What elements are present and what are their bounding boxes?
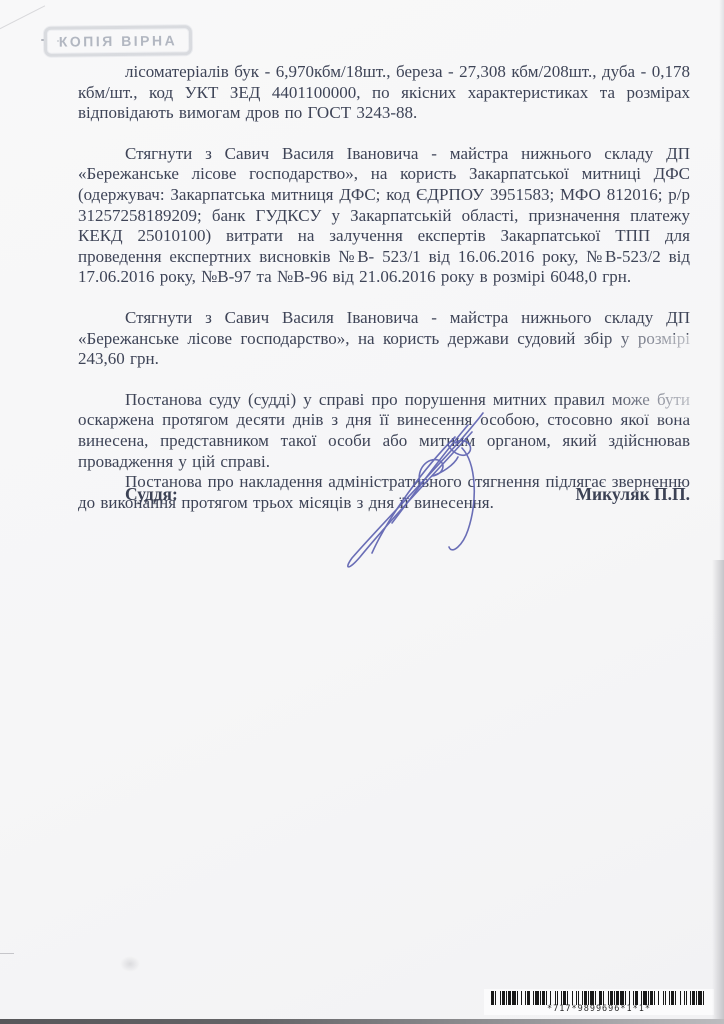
scan-dot-artifact (41, 39, 44, 41)
copy-certified-stamp: КОПІЯ ВІРНА (44, 25, 192, 57)
signature-ink (330, 405, 495, 580)
barcode-text: *717*9899696*1*1* (486, 1005, 712, 1014)
scan-bottom-edge (0, 1019, 724, 1024)
scan-dot-artifact (57, 40, 59, 42)
judge-name: Микуляк П.П. (576, 484, 690, 505)
barcode-bars (486, 991, 712, 1005)
paragraph-lumber-details: лісоматеріалів бук - 6,970кбм/18шт., бер… (78, 62, 690, 124)
paragraph-customs-recovery: Стягнути з Савич Василя Івановича - майс… (78, 144, 690, 288)
judge-label: Суддя: (125, 484, 178, 505)
scan-line-artifact (0, 953, 14, 954)
barcode: *717*9899696*1*1* (484, 989, 714, 1015)
scan-right-edge (719, 0, 724, 560)
scan-corner-crease (0, 5, 45, 31)
stamp-text: КОПІЯ ВІРНА (59, 32, 178, 49)
scan-smudge-artifact (120, 956, 140, 972)
paragraph-court-fee: Стягнути з Савич Василя Івановича - майс… (78, 308, 690, 370)
scan-right-edge-shadow (712, 560, 724, 1020)
scanned-document-page: КОПІЯ ВІРНА лісоматеріалів бук - 6,970кб… (0, 0, 724, 1024)
